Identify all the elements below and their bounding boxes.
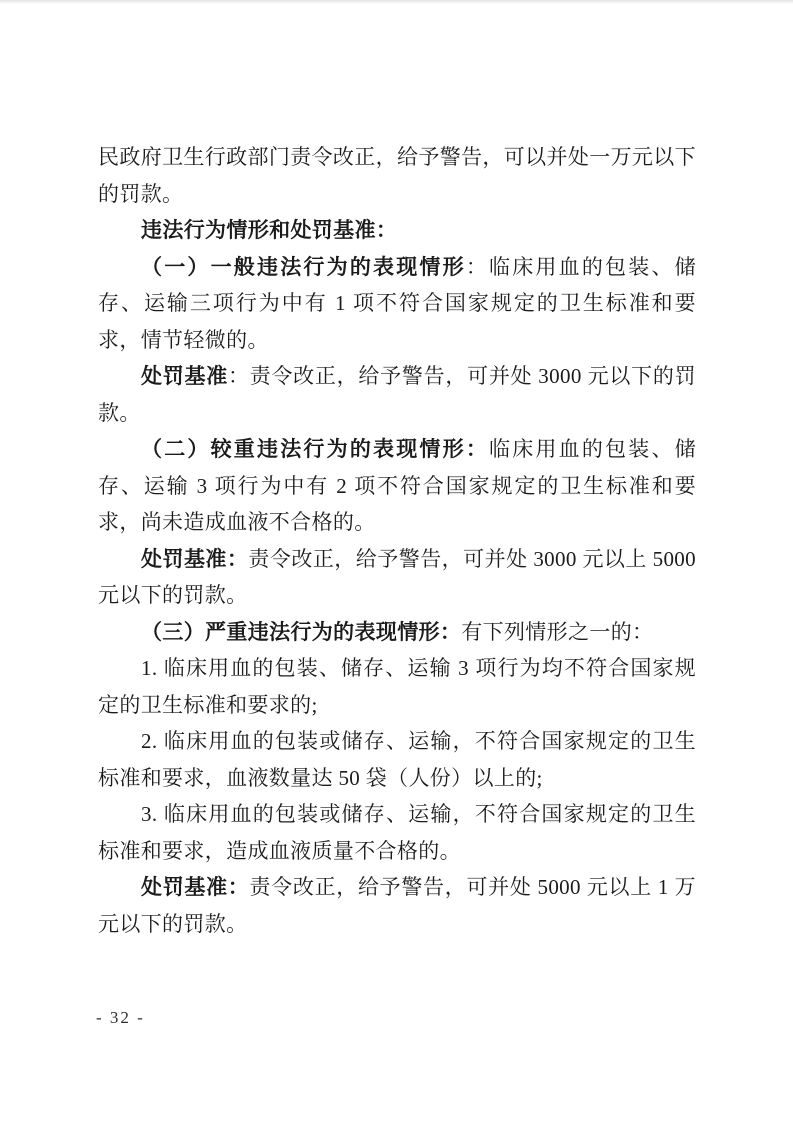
para-item-3: 3. 临床用血的包装或储存、运输，不符合国家规定的卫生标准和要求，造成血液质量不… [98, 796, 696, 869]
para-penalty-2: 处罚基准：责令改正，给予警告，可并处 3000 元以上 5000 元以下的罚款。 [98, 541, 696, 614]
bold-text-segment: （二）较重违法行为的表现情形： [141, 437, 489, 461]
text-segment: 3. 临床用血的包装或储存、运输，不符合国家规定的卫生标准和要求，造成血液质量不… [98, 802, 696, 863]
para-item-2: 2. 临床用血的包装或储存、运输，不符合国家规定的卫生标准和要求，血液数量达 5… [98, 723, 696, 796]
bold-text-segment: （三）严重违法行为的表现情形： [141, 620, 461, 644]
bold-text-segment: 违法行为情形和处罚基准： [141, 218, 397, 242]
scan-edge-shading [0, 0, 793, 4]
para-case-3: （三）严重违法行为的表现情形：有下列情形之一的： [98, 614, 696, 651]
bold-text-segment: 处罚基准： [141, 875, 249, 899]
para-penalty-3: 处罚基准：责令改正，给予警告，可并处 5000 元以上 1 万元以下的罚款。 [98, 869, 696, 942]
bold-text-segment: 处罚基准： [141, 547, 248, 571]
document-page: 民政府卫生行政部门责令改正，给予警告，可以并处一万元以下的罚款。违法行为情形和处… [0, 0, 793, 1122]
para-item-1: 1. 临床用血的包装、储存、运输 3 项行为均不符合国家规定的卫生标准和要求的; [98, 650, 696, 723]
document-body: 民政府卫生行政部门责令改正，给予警告，可以并处一万元以下的罚款。违法行为情形和处… [98, 139, 696, 942]
text-segment: 民政府卫生行政部门责令改正，给予警告，可以并处一万元以下的罚款。 [98, 145, 696, 206]
para-section-heading: 违法行为情形和处罚基准： [98, 212, 696, 249]
para-case-1: （一）一般违法行为的表现情形：临床用血的包装、储存、运输三项行为中有 1 项不符… [98, 249, 696, 359]
text-segment: 2. 临床用血的包装或储存、运输，不符合国家规定的卫生标准和要求，血液数量达 5… [98, 729, 696, 790]
text-segment: 有下列情形之一的： [461, 620, 653, 644]
para-penalty-1: 处罚基准：责令改正，给予警告，可并处 3000 元以下的罚款。 [98, 358, 696, 431]
bold-text-segment: （一）一般违法行为的表现情形 [141, 255, 466, 279]
para-case-2: （二）较重违法行为的表现情形：临床用血的包装、储存、运输 3 项行为中有 2 项… [98, 431, 696, 541]
bold-text-segment: 处罚基准 [141, 364, 228, 388]
text-segment: 1. 临床用血的包装、储存、运输 3 项行为均不符合国家规定的卫生标准和要求的; [98, 656, 696, 717]
page-number: - 32 - [96, 1008, 145, 1028]
para-continuation: 民政府卫生行政部门责令改正，给予警告，可以并处一万元以下的罚款。 [98, 139, 696, 212]
